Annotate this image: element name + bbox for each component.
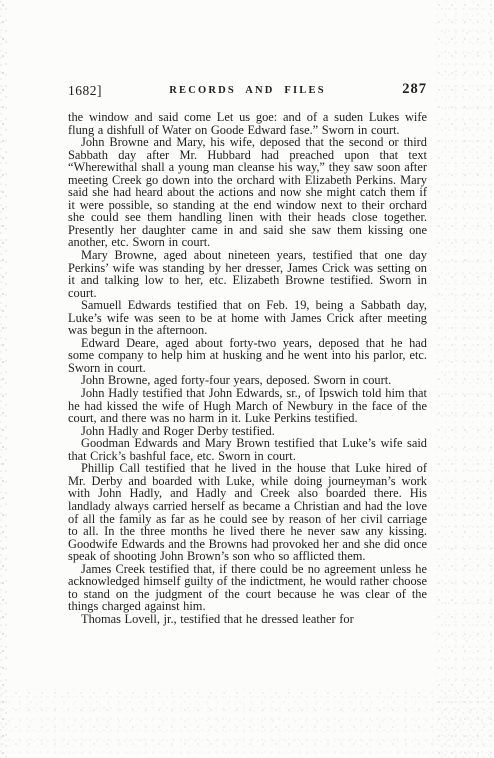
paragraph: Samuell Edwards testified that on Feb. 1… [68, 299, 427, 337]
header-page-number: 287 [402, 81, 427, 98]
paragraph: Goodman Edwards and Mary Brown testified… [68, 437, 427, 462]
paragraph: John Hadly testified that John Edwards, … [68, 387, 427, 425]
scan-noise-right-margin [436, 0, 494, 758]
scan-noise-bottom [0, 688, 494, 758]
paragraph: John Browne and Mary, his wife, deposed … [68, 136, 427, 249]
paragraph: Mary Browne, aged about nineteen years, … [68, 249, 427, 299]
paragraph: the window and said come Let us goe: and… [68, 111, 427, 136]
paragraph: Phillip Call testified that he lived in … [68, 462, 427, 562]
page-text-block: the window and said come Let us goe: and… [68, 111, 427, 625]
paragraph: Edward Deare, aged about forty-two years… [68, 337, 427, 375]
running-head: 1682] RECORDS AND FILES 287 [68, 83, 427, 98]
paragraph: James Creek testified that, if there cou… [68, 563, 427, 613]
scanned-book-page: 1682] RECORDS AND FILES 287 the window a… [0, 0, 494, 758]
paragraph: Thomas Lovell, jr., testified that he dr… [68, 613, 427, 626]
header-title: RECORDS AND FILES [68, 85, 427, 96]
scan-noise-left-edge [0, 0, 7, 758]
